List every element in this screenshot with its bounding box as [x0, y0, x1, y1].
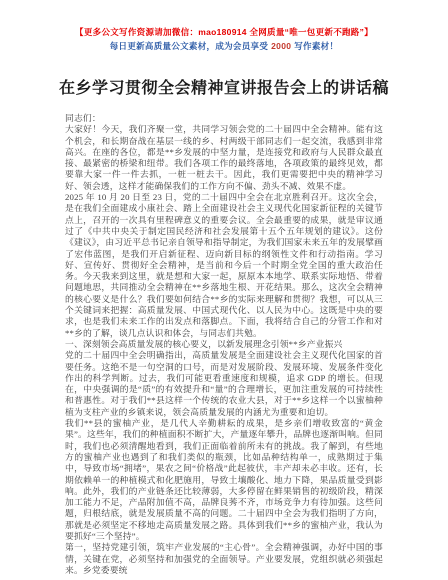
- salutation-paragraph: 同志们：: [65, 113, 383, 124]
- document-title: 在乡学习贯彻全会精神宣讲报告会上的讲话稿: [59, 78, 389, 100]
- promo-notice-line-1: 【更多公文写作资源请加微信：mao180914 全网质量“唯一包更新不跑路”】: [0, 26, 448, 38]
- document-page: 【更多公文写作资源请加微信：mao180914 全网质量“唯一包更新不跑路”】 …: [0, 0, 448, 580]
- promo-notice-line-2: 每日更新高质量公文素材，成为会员享受2000写作素材！: [0, 40, 448, 52]
- pomelo-industry-paragraph: 我们**县的蜜柚产业，是几代人辛勤耕耘的成果，是乡亲们增收致富的“黄金果”。这些…: [65, 418, 383, 542]
- promo-notice: 【更多公文写作资源请加微信：mao180914 全网质量“唯一包更新不跑路”】 …: [0, 0, 448, 52]
- high-quality-development-paragraph: 党的二十届四中全会明确指出，高质量发展是全面建设社会主义现代化国家的首要任务。这…: [65, 350, 383, 418]
- plenum-overview-paragraph: 2025 年 10 月 20 日至 23 日，党的二十届四中全会在北京胜利召开。…: [65, 192, 383, 339]
- party-building-paragraph: 第一，坚持党建引领，筑牢产业发展的“主心骨”。全会精神强调，办好中国的事情，关键…: [65, 542, 383, 576]
- document-body: 同志们： 大家好！今天，我们齐聚一堂，共同学习领会党的二十届四中全会精神。能有这…: [65, 113, 383, 576]
- promo-notice-line-2-suffix: 写作素材！: [294, 41, 338, 51]
- promo-notice-line-2-prefix: 每日更新高质量公文素材，成为会员享受: [110, 41, 268, 51]
- intro-paragraph: 大家好！今天，我们齐聚一堂，共同学习领会党的二十届四中全会精神。能有这个机会，和…: [65, 124, 383, 192]
- section-one-heading: 一、深刻领会高质量发展的核心要义，以新发展理念引领**乡产业振兴: [65, 339, 383, 350]
- promo-notice-count: 2000: [271, 41, 291, 51]
